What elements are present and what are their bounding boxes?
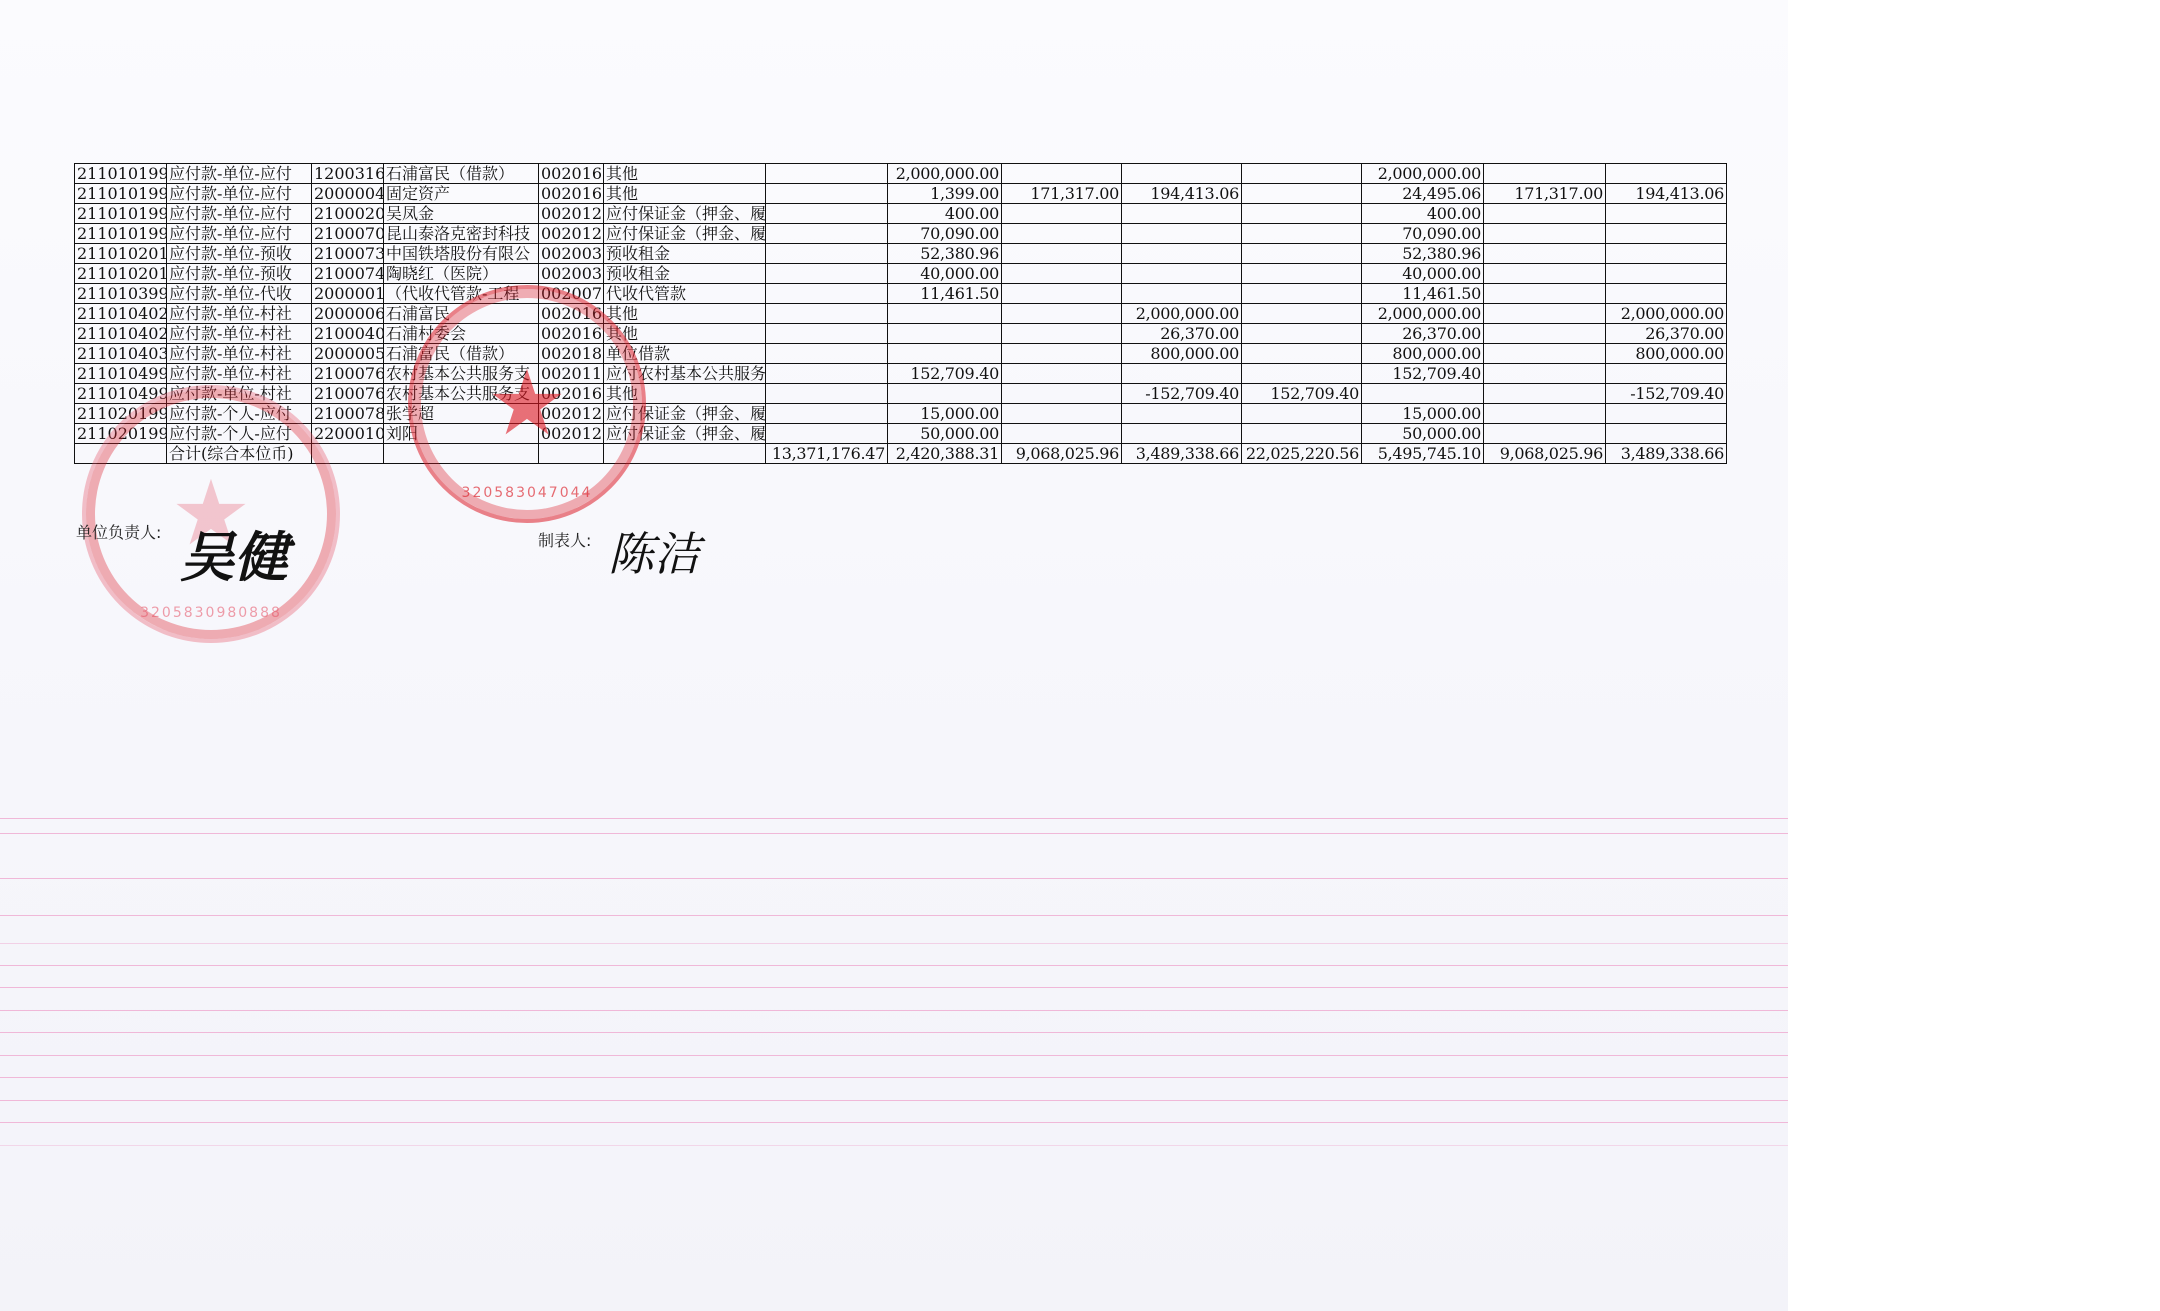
cell-c1	[766, 324, 888, 344]
cell-account-code: 211010201	[75, 244, 167, 264]
official-stamp-unit: ★ 3205830980888	[82, 385, 340, 643]
cell-c8	[1606, 364, 1727, 384]
cell-c1	[766, 404, 888, 424]
cell-item-name: 预收租金	[604, 244, 766, 264]
cell-c6: 52,380.96	[1362, 244, 1484, 264]
cell-account-code: 211010199	[75, 184, 167, 204]
cell-c1	[766, 364, 888, 384]
cell-c8	[1606, 244, 1727, 264]
stamp-code: 3205830980888	[86, 605, 336, 621]
table-row: 211020199应付款-个人-应付2100078张学超002012应付保证金（…	[75, 404, 1727, 424]
cell-c8: 2,000,000.00	[1606, 304, 1727, 324]
cell-unit-code: 1200316	[312, 164, 384, 184]
cell-unit-code: 2100040	[312, 324, 384, 344]
table-row: 211010499应付款-单位-村社2100076农村基本公共服务支002016…	[75, 384, 1727, 404]
cell-unit-code: 2000006	[312, 304, 384, 324]
cell-c6: 40,000.00	[1362, 264, 1484, 284]
cell-c3	[1002, 324, 1122, 344]
cell-c7	[1484, 204, 1606, 224]
total-c4: 3,489,338.66	[1122, 444, 1242, 464]
cell-c1	[766, 384, 888, 404]
cell-c7	[1484, 424, 1606, 444]
cell-c2: 1,399.00	[888, 184, 1002, 204]
cell-item-code: 002016	[539, 184, 604, 204]
table-row: 211010199应付款-单位-应付2000004固定资产002016其他1,3…	[75, 184, 1727, 204]
cell-c6: 70,090.00	[1362, 224, 1484, 244]
cell-c4	[1122, 424, 1242, 444]
cell-c3	[1002, 404, 1122, 424]
cell-unit-code: 2000004	[312, 184, 384, 204]
cell-c8	[1606, 204, 1727, 224]
cell-account-name: 应付款-单位-应付	[167, 184, 312, 204]
cell-account-code: 2110103990	[75, 284, 167, 304]
ledger-body: 211010199应付款-单位-应付1200316石浦富民（借款）002016其…	[75, 164, 1727, 444]
cell-account-code: 211010199	[75, 164, 167, 184]
cell-c4: 2,000,000.00	[1122, 304, 1242, 324]
cell-c8	[1606, 284, 1727, 304]
cell-item-code: 002012	[539, 204, 604, 224]
cell-c1	[766, 204, 888, 224]
table-row: 211020199应付款-个人-应付2200010刘阳002012应付保证金（押…	[75, 424, 1727, 444]
cell-item-code: 002016	[539, 164, 604, 184]
cell-c7	[1484, 244, 1606, 264]
cell-c3	[1002, 224, 1122, 244]
official-stamp-village: ★ 320583047044	[408, 285, 646, 523]
cell-c2: 40,000.00	[888, 264, 1002, 284]
cell-c8: -152,709.40	[1606, 384, 1727, 404]
cell-unit-name: 固定资产	[384, 184, 539, 204]
table-row: 211010201应付款-单位-预收2100073中国铁塔股份有限公002003…	[75, 244, 1727, 264]
cell-account-name: 应付款-单位-村社	[167, 304, 312, 324]
cell-c7	[1484, 284, 1606, 304]
cell-c1	[766, 344, 888, 364]
cell-c6: 26,370.00	[1362, 324, 1484, 344]
cell-c4	[1122, 364, 1242, 384]
cell-c7	[1484, 404, 1606, 424]
cell-c8: 800,000.00	[1606, 344, 1727, 364]
table-row: 211010201应付款-单位-预收2100074陶晓红（医院）002003预收…	[75, 264, 1727, 284]
cell-c6: 11,461.50	[1362, 284, 1484, 304]
cell-c2: 52,380.96	[888, 244, 1002, 264]
cell-c7	[1484, 364, 1606, 384]
cell-c4: 194,413.06	[1122, 184, 1242, 204]
cell-c7	[1484, 344, 1606, 364]
cell-account-name: 应付款-单位-预收	[167, 244, 312, 264]
cell-c1	[766, 164, 888, 184]
cell-c3	[1002, 264, 1122, 284]
total-c8: 3,489,338.66	[1606, 444, 1727, 464]
cell-account-name: 应付款-单位-村社	[167, 364, 312, 384]
cell-c5	[1242, 184, 1362, 204]
cell-item-code: 002012	[539, 224, 604, 244]
unit-head-signature: 吴健	[180, 515, 288, 592]
scanned-page: 211010199应付款-单位-应付1200316石浦富民（借款）002016其…	[0, 0, 1788, 1311]
cell-c2	[888, 304, 1002, 324]
cell-c6: 2,000,000.00	[1362, 304, 1484, 324]
cell-c4	[1122, 264, 1242, 284]
cell-unit-code: 2100076	[312, 364, 384, 384]
cell-c6: 24,495.06	[1362, 184, 1484, 204]
cell-unit-code: 2100073	[312, 244, 384, 264]
cell-account-code: 211010402	[75, 304, 167, 324]
cell-c4	[1122, 224, 1242, 244]
preparer-signature: 陈洁	[608, 518, 700, 584]
cell-c7	[1484, 324, 1606, 344]
cell-c1	[766, 224, 888, 244]
cell-c8	[1606, 264, 1727, 284]
cell-item-name: 其他	[604, 164, 766, 184]
cell-unit-code: 2000005	[312, 344, 384, 364]
cell-c2: 70,090.00	[888, 224, 1002, 244]
cell-unit-code: 2100076	[312, 384, 384, 404]
cell-c1	[766, 264, 888, 284]
cell-c5: 152,709.40	[1242, 384, 1362, 404]
cell-c4: -152,709.40	[1122, 384, 1242, 404]
cell-item-name: 应付保证金（押金、履约金）等	[604, 224, 766, 244]
cell-c4	[1122, 244, 1242, 264]
table-row: 211010402应付款-单位-村社2000006石浦富民002016其他2,0…	[75, 304, 1727, 324]
cell-c6: 50,000.00	[1362, 424, 1484, 444]
cell-item-name: 应付保证金（押金、履约金）等	[604, 204, 766, 224]
cell-c5	[1242, 284, 1362, 304]
cell-c2	[888, 324, 1002, 344]
cell-c6: 15,000.00	[1362, 404, 1484, 424]
cell-c6: 2,000,000.00	[1362, 164, 1484, 184]
cell-c7	[1484, 304, 1606, 324]
cell-unit-name: 石浦富民（借款）	[384, 164, 539, 184]
total-c7: 9,068,025.96	[1484, 444, 1606, 464]
cell-c5	[1242, 404, 1362, 424]
total-c3: 9,068,025.96	[1002, 444, 1122, 464]
cell-c5	[1242, 264, 1362, 284]
table-row: 211010199应付款-单位-应付1200316石浦富民（借款）002016其…	[75, 164, 1727, 184]
cell-unit-code: 2200010	[312, 424, 384, 444]
cell-c5	[1242, 164, 1362, 184]
cell-c3	[1002, 244, 1122, 264]
cell-c1	[766, 304, 888, 324]
cell-c5	[1242, 304, 1362, 324]
cell-c3: 171,317.00	[1002, 184, 1122, 204]
cell-unit-name: 中国铁塔股份有限公	[384, 244, 539, 264]
cell-c2: 11,461.50	[888, 284, 1002, 304]
total-c5: 22,025,220.56	[1242, 444, 1362, 464]
cell-c5	[1242, 344, 1362, 364]
cell-c7: 171,317.00	[1484, 184, 1606, 204]
cell-c3	[1002, 344, 1122, 364]
cell-c5	[1242, 424, 1362, 444]
cell-item-code: 002003	[539, 244, 604, 264]
cell-c8	[1606, 424, 1727, 444]
cell-c1	[766, 244, 888, 264]
cell-account-name: 应付款-单位-应付	[167, 224, 312, 244]
cell-c8: 194,413.06	[1606, 184, 1727, 204]
cell-unit-name: 陶晓红（医院）	[384, 264, 539, 284]
cell-item-code: 002003	[539, 264, 604, 284]
unit-head-label: 单位负责人:	[76, 520, 161, 543]
cell-c5	[1242, 244, 1362, 264]
cell-unit-name: 昆山泰洛克密封科技	[384, 224, 539, 244]
cell-c5	[1242, 204, 1362, 224]
cell-unit-code: 2100070	[312, 224, 384, 244]
cell-c3	[1002, 424, 1122, 444]
cell-c2	[888, 344, 1002, 364]
table-row: 211010402应付款-单位-村社2100040石浦村委会002016其他26…	[75, 324, 1727, 344]
cell-c3	[1002, 384, 1122, 404]
cell-item-name: 预收租金	[604, 264, 766, 284]
cell-account-code: 211010199	[75, 204, 167, 224]
cell-c5	[1242, 324, 1362, 344]
cell-unit-name: 吴凤金	[384, 204, 539, 224]
table-row: 211010199应付款-单位-应付2100020吴凤金002012应付保证金（…	[75, 204, 1727, 224]
cell-c3	[1002, 364, 1122, 384]
cell-c4	[1122, 164, 1242, 184]
table-row: 2110103990应付款-单位-代收2000001（代收代管款-工程00200…	[75, 284, 1727, 304]
cell-unit-code: 2100074	[312, 264, 384, 284]
cell-account-code: 211010403	[75, 344, 167, 364]
cell-account-name: 应付款-单位-村社	[167, 324, 312, 344]
cell-c6: 800,000.00	[1362, 344, 1484, 364]
cell-account-code: 211010201	[75, 264, 167, 284]
cell-c2: 152,709.40	[888, 364, 1002, 384]
cell-c5	[1242, 364, 1362, 384]
stamp-code: 320583047044	[412, 485, 642, 501]
ledger-table: 211010199应付款-单位-应付1200316石浦富民（借款）002016其…	[74, 163, 1727, 464]
preparer-label: 制表人:	[538, 528, 591, 551]
cell-account-name: 应付款-单位-代收	[167, 284, 312, 304]
cell-c8	[1606, 404, 1727, 424]
cell-c2: 50,000.00	[888, 424, 1002, 444]
cell-c2	[888, 384, 1002, 404]
table-row: 211010199应付款-单位-应付2100070昆山泰洛克密封科技002012…	[75, 224, 1727, 244]
total-c2: 2,420,388.31	[888, 444, 1002, 464]
cell-c7	[1484, 164, 1606, 184]
cell-unit-code: 2100020	[312, 204, 384, 224]
cell-account-name: 应付款-单位-应付	[167, 164, 312, 184]
cell-c6: 152,709.40	[1362, 364, 1484, 384]
cell-account-name: 应付款-单位-村社	[167, 344, 312, 364]
cell-c7	[1484, 264, 1606, 284]
cell-unit-code: 2100078	[312, 404, 384, 424]
cell-c1	[766, 284, 888, 304]
cell-c4: 26,370.00	[1122, 324, 1242, 344]
cell-c8: 26,370.00	[1606, 324, 1727, 344]
cell-c3	[1002, 204, 1122, 224]
cell-c3	[1002, 284, 1122, 304]
cell-c5	[1242, 224, 1362, 244]
cell-c1	[766, 424, 888, 444]
cell-account-name: 应付款-单位-预收	[167, 264, 312, 284]
cell-c4	[1122, 404, 1242, 424]
cell-c2: 2,000,000.00	[888, 164, 1002, 184]
cell-c7	[1484, 224, 1606, 244]
cell-c3	[1002, 164, 1122, 184]
cell-account-code: 211010402	[75, 324, 167, 344]
cell-account-code: 211010199	[75, 224, 167, 244]
cell-c8	[1606, 224, 1727, 244]
cell-c8	[1606, 164, 1727, 184]
total-c1: 13,371,176.47	[766, 444, 888, 464]
cell-c2: 15,000.00	[888, 404, 1002, 424]
cell-c4	[1122, 284, 1242, 304]
cell-c6: 400.00	[1362, 204, 1484, 224]
cell-c6	[1362, 384, 1484, 404]
cell-account-code: 211010499	[75, 364, 167, 384]
cell-unit-code: 2000001	[312, 284, 384, 304]
cell-c3	[1002, 304, 1122, 324]
cell-c4: 800,000.00	[1122, 344, 1242, 364]
cell-c2: 400.00	[888, 204, 1002, 224]
cell-c1	[766, 184, 888, 204]
cell-c4	[1122, 204, 1242, 224]
cell-item-name: 代收代管款	[604, 284, 766, 304]
cell-item-name: 其他	[604, 184, 766, 204]
cell-c7	[1484, 384, 1606, 404]
cell-account-name: 应付款-单位-应付	[167, 204, 312, 224]
cell-item-name: 其他	[604, 304, 766, 324]
star-icon: ★	[487, 359, 568, 449]
table-row: 211010499应付款-单位-村社2100076农村基本公共服务支002011…	[75, 364, 1727, 384]
total-c6: 5,495,745.10	[1362, 444, 1484, 464]
table-row: 211010403应付款-单位-村社2000005石浦富民（借款）002018单…	[75, 344, 1727, 364]
